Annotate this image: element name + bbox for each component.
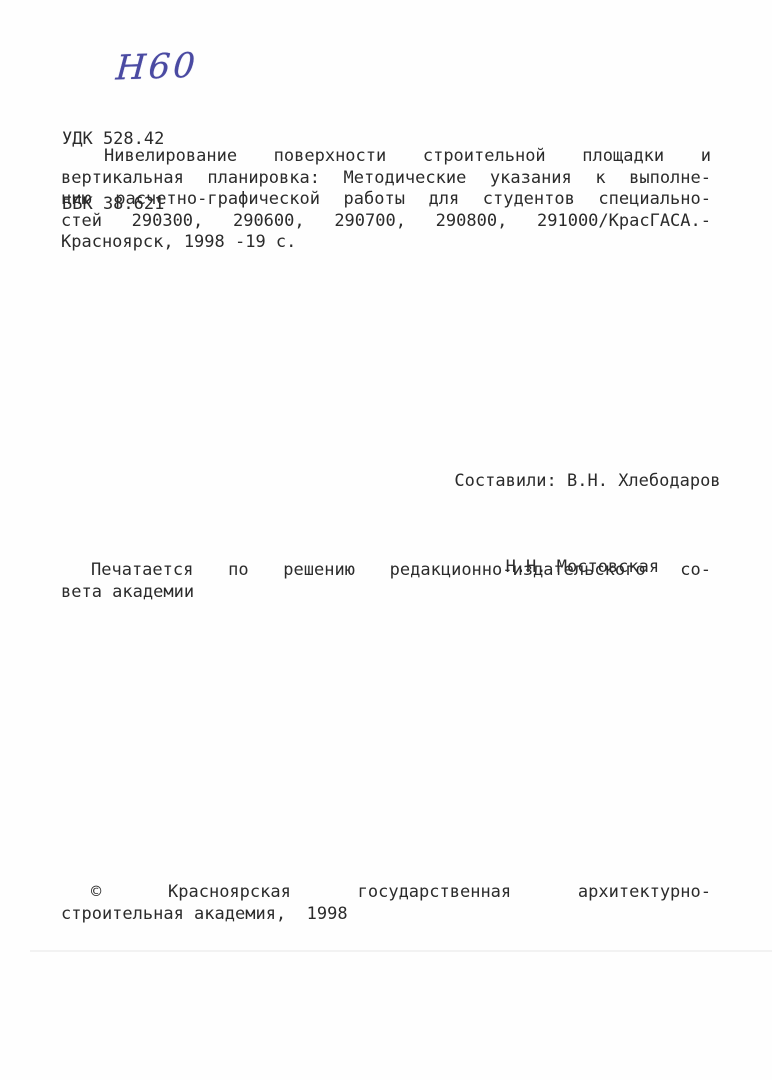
annotation-line: Красноярск, 1998 -19 с. bbox=[61, 232, 711, 254]
handwritten-shelf-mark: Н60 bbox=[115, 47, 200, 88]
scanned-document-page: Н60 УДК 528.42 ББК 38.621 Нивелирование … bbox=[0, 0, 772, 1080]
compiler-name: В.Н. Хлебодаров bbox=[557, 471, 721, 491]
printing-note-line: Печатается по решению редакционно-издате… bbox=[61, 560, 711, 582]
copyright-line: © Красноярская государственная архитекту… bbox=[61, 882, 711, 904]
copyright-notice: © Красноярская государственная архитекту… bbox=[61, 882, 711, 925]
printing-resolution-note: Печатается по решению редакционно-издате… bbox=[61, 560, 711, 603]
printing-note-line: вета академии bbox=[61, 582, 711, 604]
annotation-line: нию расчетно-графической работы для студ… bbox=[61, 189, 711, 211]
annotation-line: Нивелирование поверхности строительной п… bbox=[61, 146, 711, 168]
compilers-label: Составили: bbox=[454, 471, 556, 491]
annotation-line: вертикальная планировка: Методические ук… bbox=[61, 168, 711, 190]
bibliographic-annotation: Нивелирование поверхности строительной п… bbox=[61, 146, 711, 254]
annotation-line: стей 290300, 290600, 290700, 290800, 291… bbox=[61, 211, 711, 233]
scan-artifact-edge bbox=[30, 950, 772, 952]
copyright-line: строительная академия, 1998 bbox=[61, 904, 711, 926]
